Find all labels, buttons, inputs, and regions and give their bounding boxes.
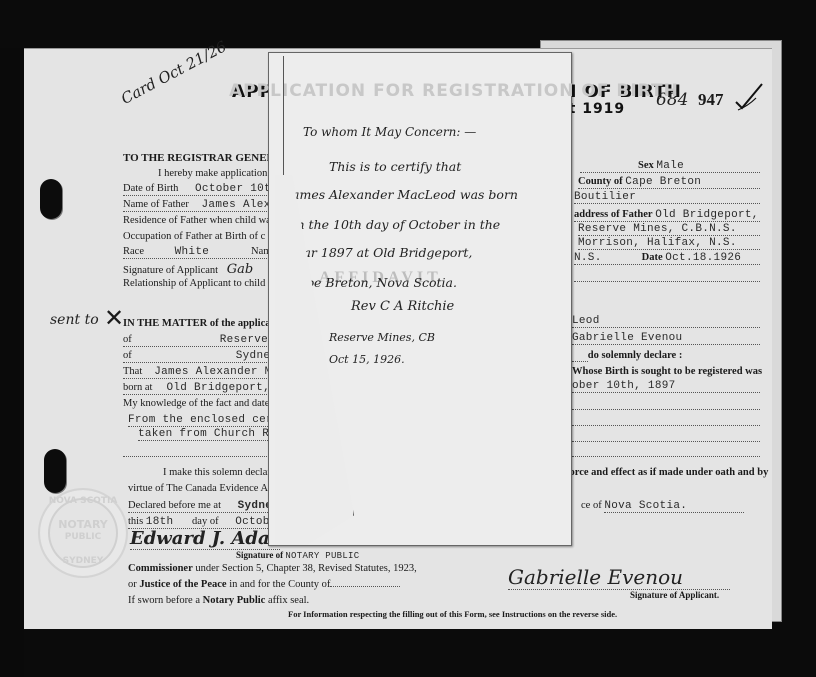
faded-title-through-note: APPLICATION FOR REGISTRATION OF BIRTH [229,81,679,101]
declared-at: Declared before me at Sydney. [128,500,278,513]
blank-line [572,440,760,442]
solemnly-declare: do solemnly declare : [572,350,682,361]
field-residence-of-father: Residence of Father when child wa [123,215,271,226]
x-mark-icon: ✕ [104,304,124,332]
field-that: ThatJames Alexander McL [123,366,273,379]
knowledge-line-1: From the enclosed certif [128,414,278,427]
affiant-name-partial: Leod [572,315,760,328]
applicant-signature-partial: Gab [227,262,253,277]
field-date: N.S.Date Oct.18.1926 [574,252,760,265]
field-born-at: born atOld Bridgeport, C [123,382,273,395]
note-place: Reserve Mines, CB [329,331,435,344]
registration-number-printed: 947 [698,90,724,110]
binder-strip [0,48,24,677]
knowledge-label: My knowledge of the fact and date of [123,398,281,409]
county-value: Cape Breton [625,176,701,188]
notary-seal: NOVA SCOTIA NOTARY PUBLIC SYDNEY [38,488,128,578]
commissioner-signature: Edward J. Adams [130,528,280,550]
margin-note-sent-to: sent to [50,312,99,328]
declaration-right: force and effect as if made under oath a… [566,467,768,478]
sex-value: Male [656,160,684,172]
blank-line [574,280,760,282]
address-line-3: Morrison, Halifax, N.S. [578,237,760,250]
note-line-4: year 1897 at Old Bridgeport, [289,245,472,260]
checkmark-icon [734,82,764,112]
blank-line [572,455,760,457]
field-relationship: Relationship of Applicant to child [123,278,265,289]
in-the-matter: IN THE MATTER of the applicat [123,318,274,329]
knowledge-line-2: taken from Church Record [138,428,278,441]
field-county: County of Cape Breton [578,176,760,189]
province-field: ce of Nova Scotia. [581,500,744,513]
commissioner-line-3: If sworn before a Notary Public affix se… [128,595,309,606]
applicant-signature: Gabrielle Evenou [508,565,730,590]
punch-hole [44,449,66,493]
note-signature: Rev C A Ritchie [351,299,454,314]
date-of-birth-value: October 10th [195,183,278,195]
note-salutation: To whom It May Concern: — [303,125,476,139]
signature-of-label: Signature of NOTARY PUBLIC [236,550,359,561]
field-date-of-birth: Date of Birth October 10th [123,183,273,196]
note-date: Oct 15, 1926. [329,353,405,366]
blank-line [123,455,273,457]
field-sex: Sex Male [580,160,760,173]
declaration-line-2: virtue of The Canada Evidence Act. [128,483,278,494]
note-line-2: James Alexander MacLeod was born [287,187,518,202]
blank-line [572,424,760,426]
footer-instructions: For Information respecting the filling o… [288,609,617,619]
field-race: Race WhiteNam [123,246,273,259]
address-value: Old Bridgeport, [655,209,759,221]
address-line-2: Reserve Mines, C.B.N.S. [578,223,760,236]
note-line-5: Cape Breton, Nova Scotia. [289,275,457,290]
commissioner-line-1: Commissioner under Section 5, Chapter 38… [128,563,417,574]
application-intro: I hereby make application [158,168,267,179]
field-occupation-of-father: Occupation of Father at Birth of c [123,231,265,242]
field-name-of-father: Name of Father James Alex [123,199,273,212]
field-signature-of-applicant: Signature of Applicant Gab [123,262,253,277]
punch-hole [40,179,62,219]
field-surname-partial: Boutilier [574,191,760,204]
birth-date-value: ober 10th, 1897 [572,380,760,393]
commissioner-line-2: or Justice of the Peace in and for the C… [128,579,400,590]
addressee: TO THE REGISTRAR GENERAL [123,152,290,164]
date-value: Oct.18.1926 [665,252,741,264]
field-of-1: ofReserve M [123,334,273,347]
note-line-1: This is to certify that [329,159,461,174]
whose-birth-label: Whose Birth is sought to be registered w… [572,366,762,377]
blank-line [572,408,760,410]
applicant-signature-label: Signature of Applicant. [630,590,719,600]
affiant-name: Gabrielle Evenou [572,332,760,345]
field-address-of-father: address of Father Old Bridgeport, [574,209,760,222]
note-line-3: on the 10th day of October in the [289,217,500,232]
field-of-2: ofSydney [123,350,273,363]
father-name-value: James Alex [202,199,271,211]
race-value: White [175,246,210,258]
